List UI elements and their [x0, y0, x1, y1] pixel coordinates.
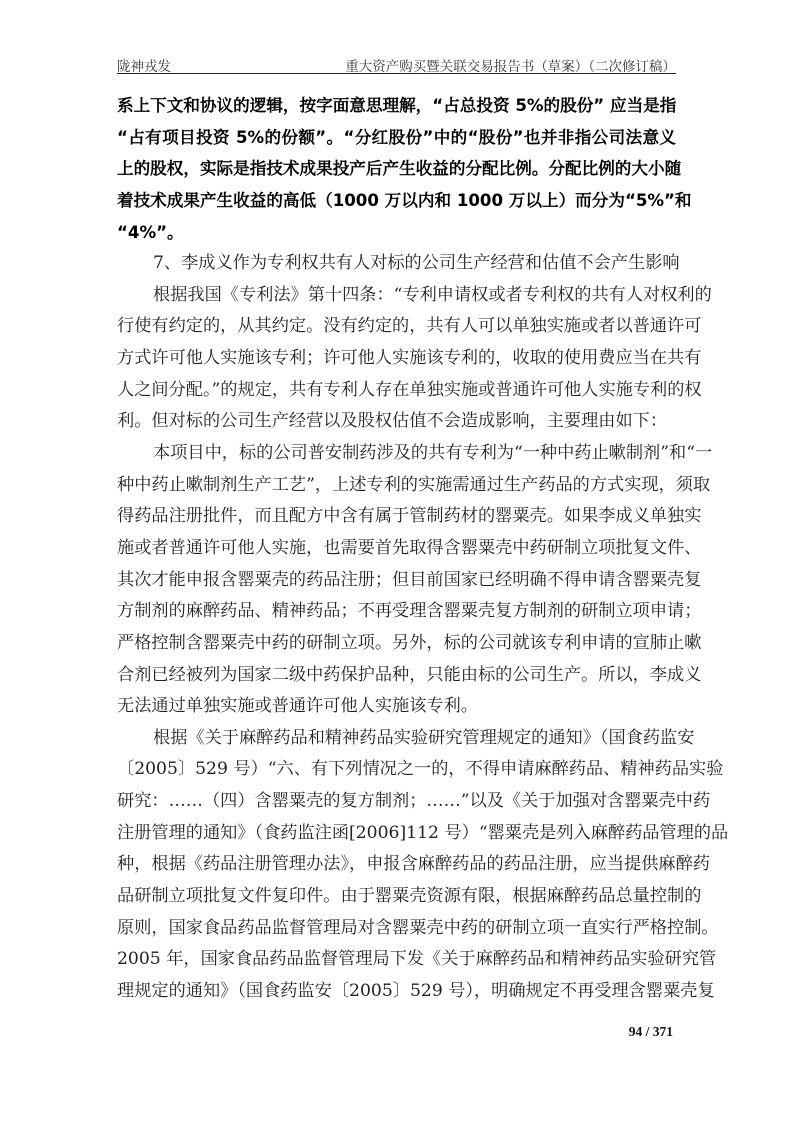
paragraph-project-patents: 本项目中，标的公司普安制药涉及的共有专利为“一种中药止嗽制剂”和“一 种中药止嗽…: [117, 438, 676, 723]
text-line: 无法通过单独实施或普通许可他人实施该专利。: [117, 691, 676, 723]
text-line: 合剂已经被列为国家二级中药保护品种，只能由标的公司生产。所以，李成义: [117, 660, 676, 692]
text-line: 〔2005〕529 号）“六、有下列情况之一的，不得申请麻醉药品、精神药品实验: [117, 754, 676, 786]
text-line: 利。但对标的公司生产经营以及股权估值不会造成影响，主要理由如下：: [117, 406, 676, 438]
header-document-title: 重大资产购买暨关联交易报告书（草案）（二次修订稿）: [345, 55, 676, 75]
text-line: 原则，国家食品药品监督管理局对含罂粟壳中药的研制立项一直实行严格控制。: [117, 913, 676, 945]
text-line: “4%”。: [117, 217, 676, 249]
text-line: 方制剂的麻醉药品、精神药品；不再受理含罂粟壳复方制剂的研制立项申请；: [117, 596, 676, 628]
text-line: 2005 年，国家食品药品监督管理局下发《关于麻醉药品和精神药品实验研究管: [117, 944, 676, 976]
paragraph-patent-law: 根据我国《专利法》第十四条：“专利申请权或者专利权的共有人对权利的 行使有约定的…: [117, 280, 676, 438]
text-line: 理规定的通知》（国食药监安〔2005〕529 号），明确规定不再受理含罂粟壳复: [117, 976, 676, 1008]
paragraph-regulations: 根据《关于麻醉药品和精神药品实验研究管理规定的通知》（国食药监安 〔2005〕5…: [117, 723, 676, 1008]
text-line: 系上下文和协议的逻辑，按字面意思理解，“占总投资 5%的股份” 应当是指: [117, 90, 676, 122]
text-line: 种中药止嗽制剂生产工艺”，上述专利的实施需通过生产药品的方式实现，须取: [117, 470, 676, 502]
paragraph-bold-continuation: 系上下文和协议的逻辑，按字面意思理解，“占总投资 5%的股份” 应当是指 “占有…: [117, 90, 676, 248]
text-line: 根据《关于麻醉药品和精神药品实验研究管理规定的通知》（国食药监安: [117, 723, 676, 755]
text-line: 行使有约定的，从其约定。没有约定的，共有人可以单独实施或者以普通许可: [117, 311, 676, 343]
text-line: 注册管理的通知》（食药监注函[2006]112 号）“罂粟壳是列入麻醉药品管理的…: [117, 818, 676, 850]
section-heading: 7、李成义作为专利权共有人对标的公司生产经营和估值不会产生影响: [117, 248, 676, 280]
text-line: 种，根据《药品注册管理办法》，申报含麻醉药品的药品注册，应当提供麻醉药: [117, 849, 676, 881]
text-line: 根据我国《专利法》第十四条：“专利申请权或者专利权的共有人对权利的: [117, 280, 676, 312]
text-line: 方式许可他人实施该专利；许可他人实施该专利的，收取的使用费应当在共有: [117, 343, 676, 375]
text-line: 研究：……（四）含罂粟壳的复方制剂；……”以及《关于加强对含罂粟壳中药: [117, 786, 676, 818]
text-line: 严格控制含罂粟壳中药的研制立项。另外，标的公司就该专利申请的宣肺止嗽: [117, 628, 676, 660]
text-line: 施或者普通许可他人实施，也需要首先取得含罂粟壳中药研制立项批复文件、: [117, 533, 676, 565]
header-company-name: 陇神戎发: [117, 55, 171, 75]
document-page: 陇神戎发 重大资产购买暨关联交易报告书（草案）（二次修订稿） 系上下文和协议的逻…: [0, 0, 793, 1122]
text-line: 其次才能申报含罂粟壳的药品注册；但目前国家已经明确不得申请含罂粟壳复: [117, 565, 676, 597]
page-number: 94 / 371: [629, 1024, 673, 1040]
heading-text: 7、李成义作为专利权共有人对标的公司生产经营和估值不会产生影响: [117, 248, 676, 280]
header-divider: [117, 73, 676, 74]
text-line: 品研制立项批复文件复印件。由于罂粟壳资源有限，根据麻醉药品总量控制的: [117, 881, 676, 913]
text-line: 人之间分配。”的规定，共有专利人存在单独实施或普通许可他人实施专利的权: [117, 375, 676, 407]
text-line: 得药品注册批件，而且配方中含有属于管制药材的罂粟壳。如果李成义单独实: [117, 501, 676, 533]
text-line: 上的股权，实际是指技术成果投产后产生收益的分配比例。分配比例的大小随: [117, 153, 676, 185]
text-line: “占有项目投资 5%的份额”。“分红股份”中的“股份”也并非指公司法意义: [117, 122, 676, 154]
text-line: 本项目中，标的公司普安制药涉及的共有专利为“一种中药止嗽制剂”和“一: [117, 438, 676, 470]
document-body: 系上下文和协议的逻辑，按字面意思理解，“占总投资 5%的股份” 应当是指 “占有…: [117, 90, 676, 1008]
page-header: 陇神戎发 重大资产购买暨关联交易报告书（草案）（二次修订稿）: [117, 55, 676, 73]
text-line: 着技术成果产生收益的高低（1000 万以内和 1000 万以上）而分为“5%”和: [117, 185, 676, 217]
